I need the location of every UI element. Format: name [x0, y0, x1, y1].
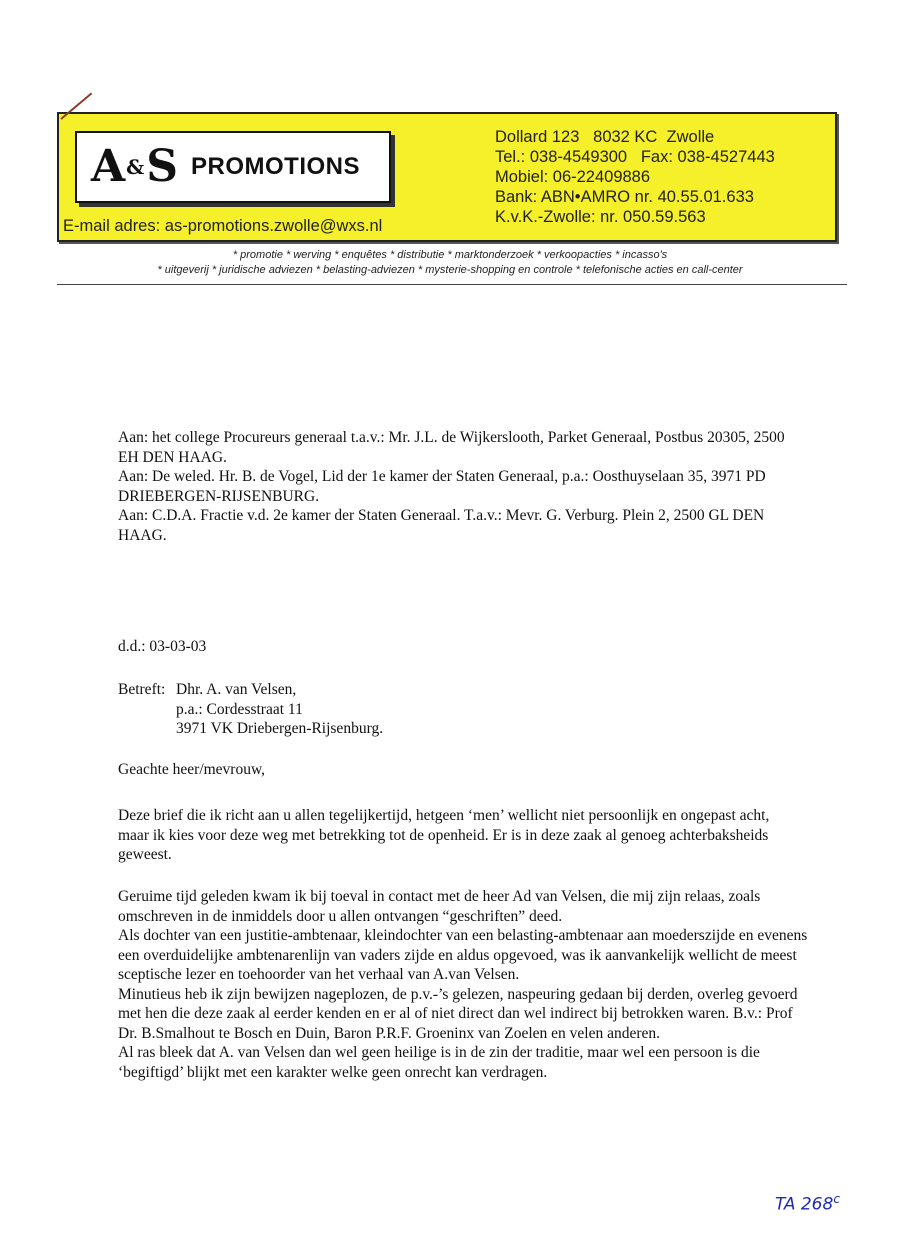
letterhead: A & S PROMOTIONS E-mail adres: as-promot…: [57, 112, 837, 242]
handwritten-note: TA 268: [775, 1195, 833, 1215]
logo-letter-s: S: [146, 145, 177, 189]
paragraph-2-part-3: Minutieus heb ik zijn bewijzen nageploze…: [118, 985, 808, 1044]
services-line-1: * promotie * werving * enquêtes * distri…: [50, 248, 850, 263]
address-line: Dollard 123 8032 KC Zwolle: [495, 127, 775, 147]
services-list: * promotie * werving * enquêtes * distri…: [50, 248, 850, 278]
paragraph-1-text: Deze brief die ik richt aan u allen tege…: [118, 806, 798, 865]
email-address: E-mail adres: as-promotions.zwolle@wxs.n…: [63, 217, 382, 236]
logo-letter-a: A: [91, 145, 124, 189]
recipient-3: Aan: C.D.A. Fractie v.d. 2e kamer der St…: [118, 506, 798, 545]
services-line-2: * uitgeverij * juridische adviezen * bel…: [50, 263, 850, 278]
subject-block: Betreft:Dhr. A. van Velsen, p.a.: Cordes…: [118, 680, 383, 739]
handwritten-sup: c: [833, 1192, 840, 1206]
recipient-2: Aan: De weled. Hr. B. de Vogel, Lid der …: [118, 467, 798, 506]
kvk-line: K.v.K.-Zwolle: nr. 050.59.563: [495, 207, 775, 227]
paragraph-2-part-1: Geruime tijd geleden kwam ik bij toeval …: [118, 887, 808, 926]
handwritten-page-mark: TA 268c: [775, 1192, 840, 1215]
company-logo: A & S PROMOTIONS: [75, 131, 391, 203]
paragraph-1: Deze brief die ik richt aan u allen tege…: [118, 806, 798, 865]
subject-line-1: Dhr. A. van Velsen,: [176, 681, 296, 698]
mobile-line: Mobiel: 06-22409886: [495, 167, 775, 187]
phone-fax-line: Tel.: 038-4549300 Fax: 038-4527443: [495, 147, 775, 167]
logo-promotions: PROMOTIONS: [191, 153, 360, 181]
subject-line-3: 3971 VK Driebergen-Rijsenburg.: [118, 719, 383, 739]
header-divider: [57, 284, 847, 285]
recipient-1: Aan: het college Procureurs generaal t.a…: [118, 428, 798, 467]
logo-ampersand: &: [126, 155, 144, 179]
subject-label: Betreft:: [118, 680, 176, 700]
subject-line-2: p.a.: Cordesstraat 11: [118, 700, 383, 720]
paragraph-2: Geruime tijd geleden kwam ik bij toeval …: [118, 887, 808, 1082]
letter-date: d.d.: 03-03-03: [118, 637, 206, 657]
contact-details: Dollard 123 8032 KC Zwolle Tel.: 038-454…: [495, 127, 775, 227]
bank-line: Bank: ABN•AMRO nr. 40.55.01.633: [495, 187, 775, 207]
paragraph-2-part-4: Al ras bleek dat A. van Velsen dan wel g…: [118, 1043, 808, 1082]
pen-stroke-mark: [60, 93, 92, 120]
recipients-block: Aan: het college Procureurs generaal t.a…: [118, 428, 798, 545]
paragraph-2-part-2: Als dochter van een justitie-ambtenaar, …: [118, 926, 808, 985]
salutation: Geachte heer/mevrouw,: [118, 760, 265, 780]
